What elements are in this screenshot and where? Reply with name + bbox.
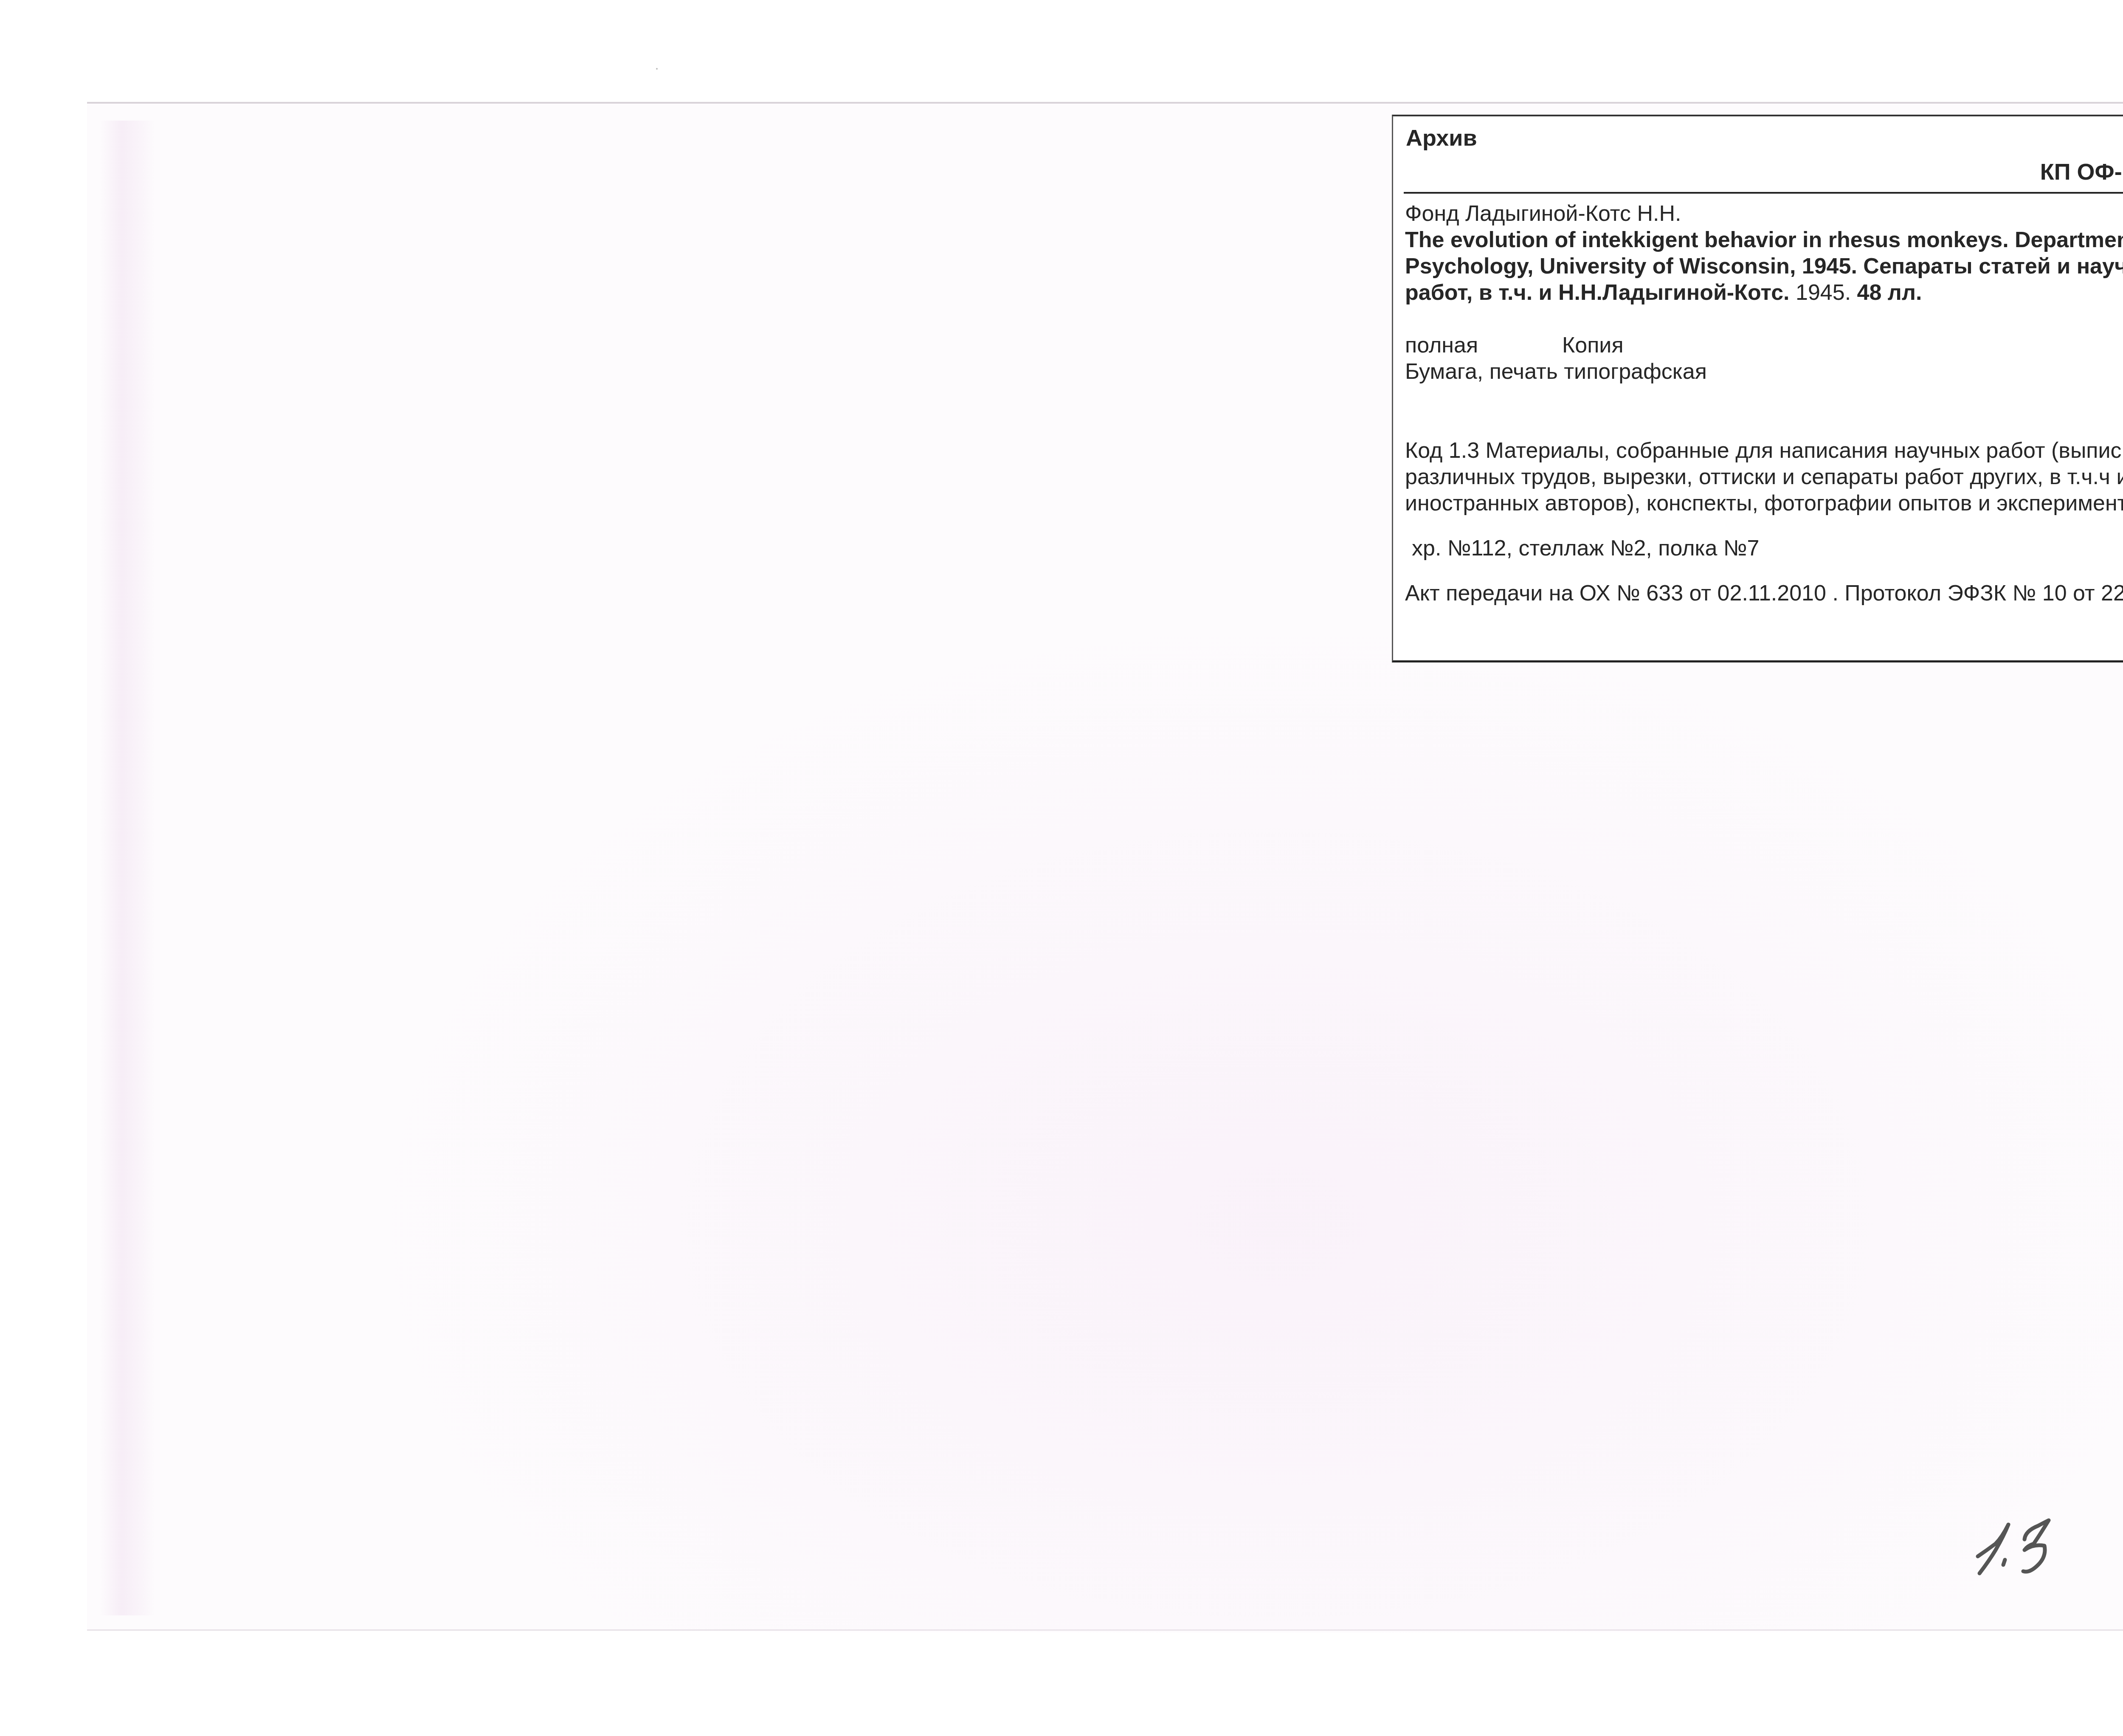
code-description: Код 1.3 Материалы, собранные для написан… xyxy=(1405,437,2123,516)
fond-name: Фонд Ладыгиной-Котс Н.Н. xyxy=(1405,200,2123,227)
storage-location: хр. №112, стеллаж №2, полка №7 xyxy=(1405,535,2123,561)
archive-label: Архив КП ОФ-15111/1357 Фонд Ладыгиной-Ко… xyxy=(1392,115,2123,662)
material: Бумага, печать типографская xyxy=(1405,358,2123,385)
spacer xyxy=(1405,561,2123,580)
item-sheet-count: 48 лл. xyxy=(1857,280,1922,305)
inventory-number: КП ОФ-15111/1357 xyxy=(2040,159,2123,185)
label-header: Архив xyxy=(1406,125,1477,151)
spacer xyxy=(1405,306,2123,332)
copy-status: Копия xyxy=(1562,332,1624,358)
handwritten-note: 1.3 xyxy=(1974,1510,2059,1578)
label-divider xyxy=(1404,192,2123,194)
spacer xyxy=(1405,516,2123,535)
status-row: полная Копия xyxy=(1405,332,2123,358)
transfer-act: Акт передачи на ОХ № 633 от 02.11.2010 .… xyxy=(1405,580,2123,606)
handwritten-1-3-icon xyxy=(1974,1510,2059,1578)
envelope-fold-shadow xyxy=(100,121,155,1615)
item-title: The evolution of intekkigent behavior in… xyxy=(1405,227,2123,306)
scan-speck xyxy=(656,68,658,70)
envelope-shading xyxy=(363,613,2123,1632)
item-title-text: The evolution of intekkigent behavior in… xyxy=(1405,228,2123,305)
spacer xyxy=(1405,385,2123,437)
item-year: 1945. xyxy=(1790,280,1857,305)
completeness: полная xyxy=(1405,332,1562,358)
label-body: Фонд Ладыгиной-Котс Н.Н. The evolution o… xyxy=(1405,200,2123,606)
